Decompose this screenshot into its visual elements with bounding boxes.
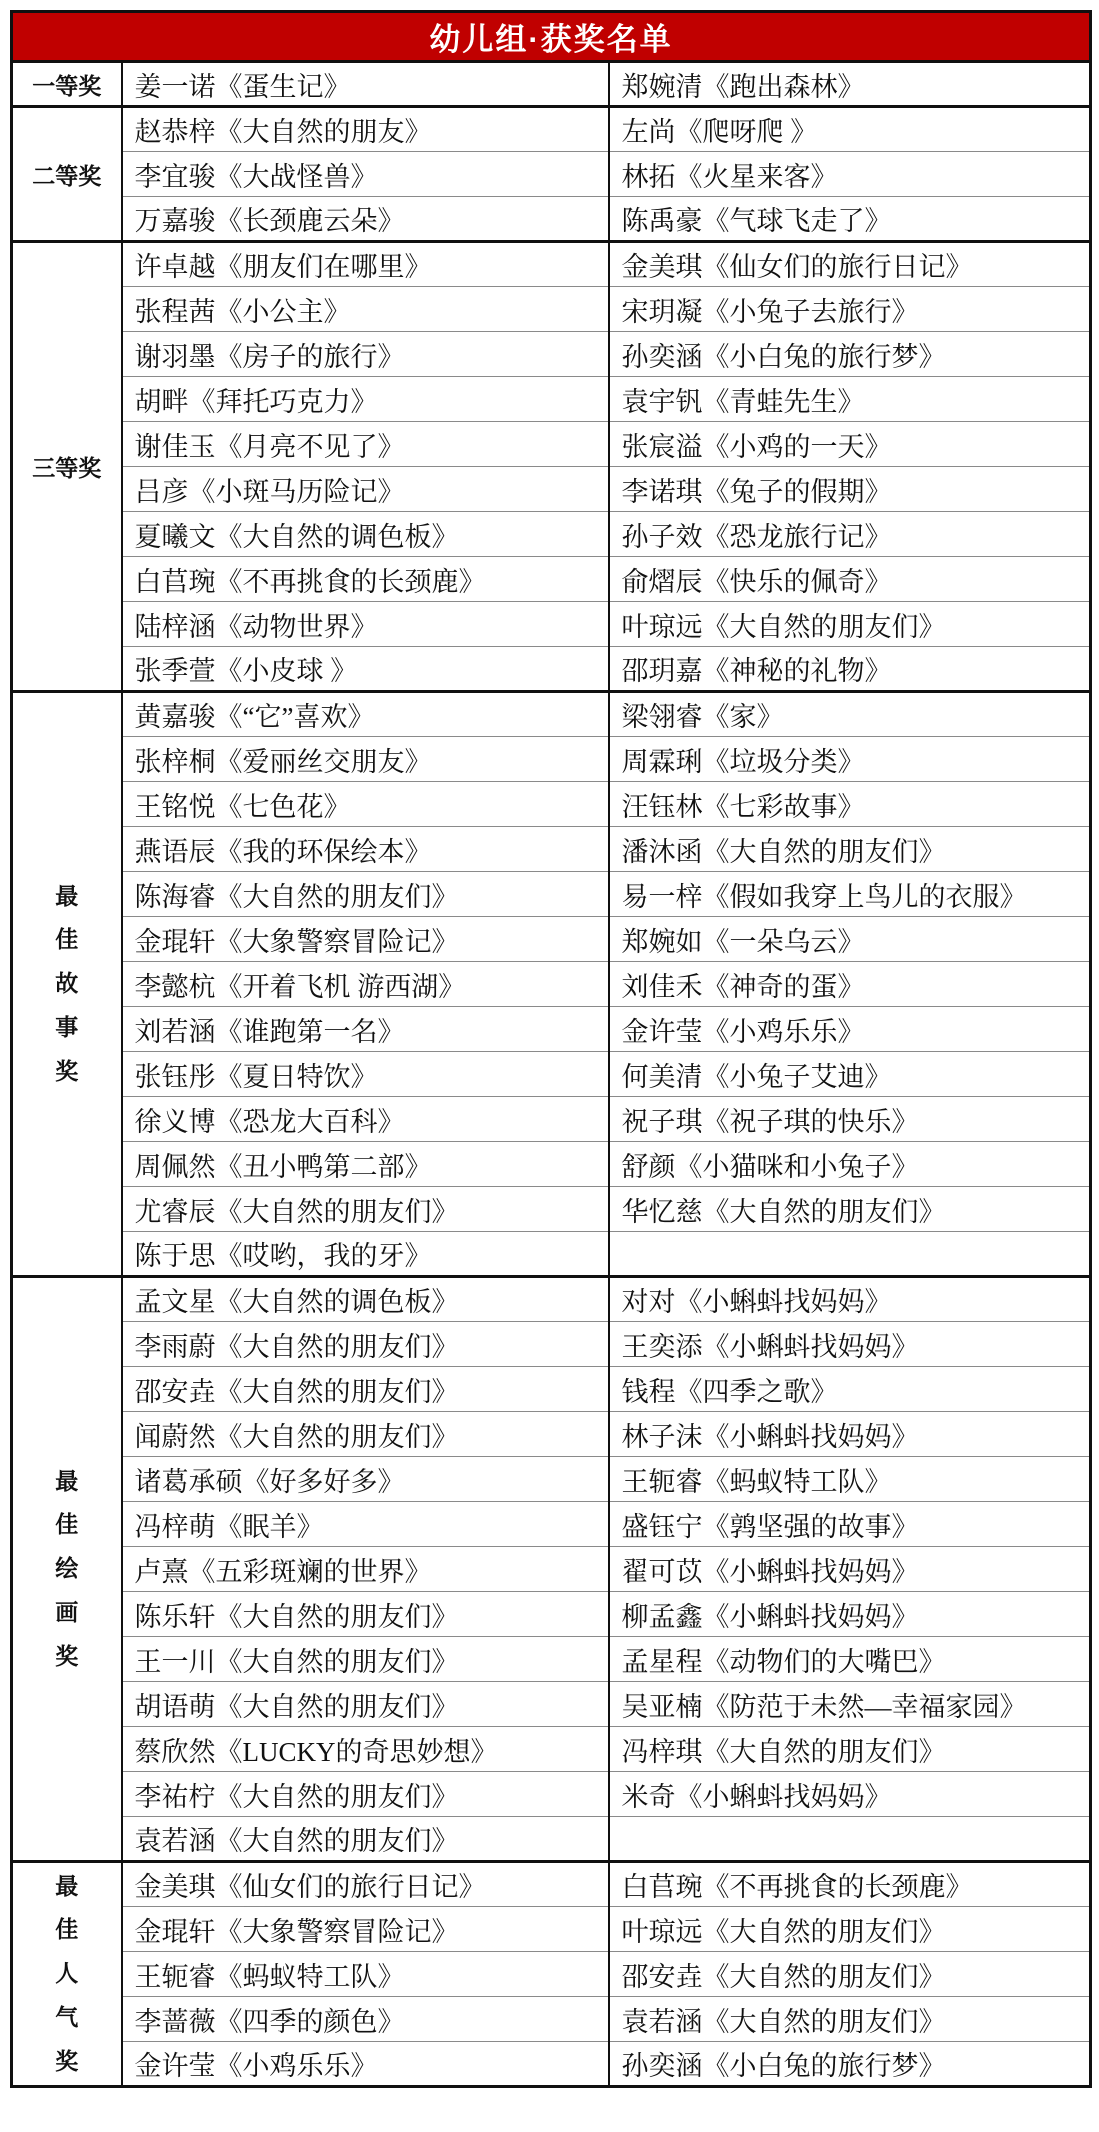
winner-entry-left: 胡语萌《大自然的朋友们》 bbox=[122, 1682, 609, 1727]
winner-entry-right: 金美琪《仙女们的旅行日记》 bbox=[609, 242, 1091, 287]
winner-entry-left: 张梓桐《爱丽丝交朋友》 bbox=[122, 737, 609, 782]
winner-entry-right: 郑婉清《跑出森林》 bbox=[609, 62, 1091, 107]
winner-entry-right: 祝子琪《祝子琪的快乐》 bbox=[609, 1097, 1091, 1142]
table-row: 李祐柠《大自然的朋友们》米奇《小蝌蚪找妈妈》 bbox=[12, 1772, 1091, 1817]
table-row: 李雨蔚《大自然的朋友们》王奕添《小蝌蚪找妈妈》 bbox=[12, 1322, 1091, 1367]
table-row: 胡语萌《大自然的朋友们》吴亚楠《防范于未然—幸福家园》 bbox=[12, 1682, 1091, 1727]
awards-table: 幼儿组·获奖名单 一等奖姜一诺《蛋生记》郑婉清《跑出森林》二等奖赵恭梓《大自然的… bbox=[10, 10, 1092, 2088]
table-row: 诸葛承硕《好多好多》王轭睿《蚂蚁特工队》 bbox=[12, 1457, 1091, 1502]
winner-entry-left: 邵安垚《大自然的朋友们》 bbox=[122, 1367, 609, 1412]
table-row: 冯梓萌《眠羊》盛钰宁《鹑坚强的故事》 bbox=[12, 1502, 1091, 1547]
award-list-page: 幼儿组·获奖名单 一等奖姜一诺《蛋生记》郑婉清《跑出森林》二等奖赵恭梓《大自然的… bbox=[0, 0, 1099, 2088]
winner-entry-left: 李雨蔚《大自然的朋友们》 bbox=[122, 1322, 609, 1367]
award-category-label: 三等奖 bbox=[12, 242, 122, 692]
table-row: 陈海睿《大自然的朋友们》易一梓《假如我穿上鸟儿的衣服》 bbox=[12, 872, 1091, 917]
winner-entry-right: 袁若涵《大自然的朋友们》 bbox=[609, 1997, 1091, 2042]
winner-entry-right: 孟星程《动物们的大嘴巴》 bbox=[609, 1637, 1091, 1682]
winner-entry-left: 袁若涵《大自然的朋友们》 bbox=[122, 1817, 609, 1862]
table-row: 王铭悦《七色花》汪钰林《七彩故事》 bbox=[12, 782, 1091, 827]
winner-entry-right: 郑婉如《一朵乌云》 bbox=[609, 917, 1091, 962]
winner-entry-left: 王轭睿《蚂蚁特工队》 bbox=[122, 1952, 609, 1997]
winner-entry-left: 赵恭梓《大自然的朋友》 bbox=[122, 107, 609, 152]
winner-entry-left: 夏曦文《大自然的调色板》 bbox=[122, 512, 609, 557]
winner-entry-left: 陈于思《哎哟，我的牙》 bbox=[122, 1232, 609, 1277]
table-row: 陈于思《哎哟，我的牙》 bbox=[12, 1232, 1091, 1277]
winner-entry-left: 王一川《大自然的朋友们》 bbox=[122, 1637, 609, 1682]
winner-entry-right: 汪钰林《七彩故事》 bbox=[609, 782, 1091, 827]
table-row: 燕语辰《我的环保绘本》潘沐函《大自然的朋友们》 bbox=[12, 827, 1091, 872]
table-row: 闻蔚然《大自然的朋友们》林子沫《小蝌蚪找妈妈》 bbox=[12, 1412, 1091, 1457]
table-row: 尤睿辰《大自然的朋友们》华忆慈《大自然的朋友们》 bbox=[12, 1187, 1091, 1232]
winner-entry-right: 袁宇钒《青蛙先生》 bbox=[609, 377, 1091, 422]
table-row: 蔡欣然《LUCKY的奇思妙想》冯梓琪《大自然的朋友们》 bbox=[12, 1727, 1091, 1772]
winner-entry-right: 吴亚楠《防范于未然—幸福家园》 bbox=[609, 1682, 1091, 1727]
table-row: 袁若涵《大自然的朋友们》 bbox=[12, 1817, 1091, 1862]
table-row: 邵安垚《大自然的朋友们》钱程《四季之歌》 bbox=[12, 1367, 1091, 1412]
table-row: 一等奖姜一诺《蛋生记》郑婉清《跑出森林》 bbox=[12, 62, 1091, 107]
award-category-label: 最 佳 人 气 奖 bbox=[12, 1862, 122, 2087]
winner-entry-left: 张程茜《小公主》 bbox=[122, 287, 609, 332]
winner-entry-left: 谢羽墨《房子的旅行》 bbox=[122, 332, 609, 377]
winner-entry-left: 黄嘉骏《“它”喜欢》 bbox=[122, 692, 609, 737]
winner-entry-right: 王轭睿《蚂蚁特工队》 bbox=[609, 1457, 1091, 1502]
winner-entry-left: 闻蔚然《大自然的朋友们》 bbox=[122, 1412, 609, 1457]
table-row: 金许莹《小鸡乐乐》孙奕涵《小白兔的旅行梦》 bbox=[12, 2042, 1091, 2087]
winner-entry-left: 胡畔《拜托巧克力》 bbox=[122, 377, 609, 422]
winner-entry-right: 米奇《小蝌蚪找妈妈》 bbox=[609, 1772, 1091, 1817]
winner-entry-left: 万嘉骏《长颈鹿云朵》 bbox=[122, 197, 609, 242]
winner-entry-left: 陆梓涵《动物世界》 bbox=[122, 602, 609, 647]
table-row: 王一川《大自然的朋友们》孟星程《动物们的大嘴巴》 bbox=[12, 1637, 1091, 1682]
winner-entry-right: 刘佳禾《神奇的蛋》 bbox=[609, 962, 1091, 1007]
table-row: 王轭睿《蚂蚁特工队》邵安垚《大自然的朋友们》 bbox=[12, 1952, 1091, 1997]
winner-entry-left: 谢佳玉《月亮不见了》 bbox=[122, 422, 609, 467]
winner-entry-right: 白苢琬《不再挑食的长颈鹿》 bbox=[609, 1862, 1091, 1907]
winner-entry-right: 李诺琪《兔子的假期》 bbox=[609, 467, 1091, 512]
winner-entry-left: 刘若涵《谁跑第一名》 bbox=[122, 1007, 609, 1052]
winner-entry-left: 张季萱《小皮球 》 bbox=[122, 647, 609, 692]
table-row: 金琨轩《大象警察冒险记》叶琼远《大自然的朋友们》 bbox=[12, 1907, 1091, 1952]
winner-entry-right: 叶琼远《大自然的朋友们》 bbox=[609, 1907, 1091, 1952]
winner-entry-left: 李祐柠《大自然的朋友们》 bbox=[122, 1772, 609, 1817]
table-row: 卢熹《五彩斑斓的世界》翟可苡《小蝌蚪找妈妈》 bbox=[12, 1547, 1091, 1592]
table-row: 最 佳 故 事 奖黄嘉骏《“它”喜欢》梁翎睿《家》 bbox=[12, 692, 1091, 737]
winner-entry-right: 翟可苡《小蝌蚪找妈妈》 bbox=[609, 1547, 1091, 1592]
winner-entry-right: 林拓《火星来客》 bbox=[609, 152, 1091, 197]
table-row: 吕彦《小斑马历险记》李诺琪《兔子的假期》 bbox=[12, 467, 1091, 512]
winner-entry-right: 易一梓《假如我穿上鸟儿的衣服》 bbox=[609, 872, 1091, 917]
winner-entry-left: 周佩然《丑小鸭第二部》 bbox=[122, 1142, 609, 1187]
table-row: 张钰彤《夏日特饮》何美清《小兔子艾迪》 bbox=[12, 1052, 1091, 1097]
winner-entry-left: 吕彦《小斑马历险记》 bbox=[122, 467, 609, 512]
winner-entry-left: 姜一诺《蛋生记》 bbox=[122, 62, 609, 107]
winner-entry-left: 冯梓萌《眠羊》 bbox=[122, 1502, 609, 1547]
winner-entry-right: 俞熠辰《快乐的佩奇》 bbox=[609, 557, 1091, 602]
table-row: 李懿杭《开着飞机 游西湖》刘佳禾《神奇的蛋》 bbox=[12, 962, 1091, 1007]
table-header-row: 幼儿组·获奖名单 bbox=[12, 12, 1091, 62]
winner-entry-left: 许卓越《朋友们在哪里》 bbox=[122, 242, 609, 287]
winner-entry-right: 柳孟鑫《小蝌蚪找妈妈》 bbox=[609, 1592, 1091, 1637]
winner-entry-right bbox=[609, 1817, 1091, 1862]
winner-entry-left: 陈乐轩《大自然的朋友们》 bbox=[122, 1592, 609, 1637]
winner-entry-right: 金许莹《小鸡乐乐》 bbox=[609, 1007, 1091, 1052]
table-row: 谢佳玉《月亮不见了》张宸溢《小鸡的一天》 bbox=[12, 422, 1091, 467]
table-row: 最 佳 绘 画 奖孟文星《大自然的调色板》对对《小蝌蚪找妈妈》 bbox=[12, 1277, 1091, 1322]
winner-entry-left: 诸葛承硕《好多好多》 bbox=[122, 1457, 609, 1502]
winner-entry-left: 孟文星《大自然的调色板》 bbox=[122, 1277, 609, 1322]
winner-entry-left: 王铭悦《七色花》 bbox=[122, 782, 609, 827]
table-row: 李蔷薇《四季的颜色》袁若涵《大自然的朋友们》 bbox=[12, 1997, 1091, 2042]
table-row: 陈乐轩《大自然的朋友们》柳孟鑫《小蝌蚪找妈妈》 bbox=[12, 1592, 1091, 1637]
winner-entry-right: 林子沫《小蝌蚪找妈妈》 bbox=[609, 1412, 1091, 1457]
winner-entry-right: 华忆慈《大自然的朋友们》 bbox=[609, 1187, 1091, 1232]
table-row: 夏曦文《大自然的调色板》孙子效《恐龙旅行记》 bbox=[12, 512, 1091, 557]
winner-entry-right: 对对《小蝌蚪找妈妈》 bbox=[609, 1277, 1091, 1322]
table-row: 徐义博《恐龙大百科》祝子琪《祝子琪的快乐》 bbox=[12, 1097, 1091, 1142]
winner-entry-left: 卢熹《五彩斑斓的世界》 bbox=[122, 1547, 609, 1592]
table-row: 金琨轩《大象警察冒险记》郑婉如《一朵乌云》 bbox=[12, 917, 1091, 962]
winner-entry-right: 冯梓琪《大自然的朋友们》 bbox=[609, 1727, 1091, 1772]
winner-entry-right: 叶琼远《大自然的朋友们》 bbox=[609, 602, 1091, 647]
winner-entry-right: 孙奕涵《小白兔的旅行梦》 bbox=[609, 2042, 1091, 2087]
winner-entry-left: 金美琪《仙女们的旅行日记》 bbox=[122, 1862, 609, 1907]
winner-entry-left: 李懿杭《开着飞机 游西湖》 bbox=[122, 962, 609, 1007]
winner-entry-left: 燕语辰《我的环保绘本》 bbox=[122, 827, 609, 872]
winner-entry-left: 金琨轩《大象警察冒险记》 bbox=[122, 917, 609, 962]
winner-entry-left: 尤睿辰《大自然的朋友们》 bbox=[122, 1187, 609, 1232]
table-row: 三等奖许卓越《朋友们在哪里》金美琪《仙女们的旅行日记》 bbox=[12, 242, 1091, 287]
winner-entry-right bbox=[609, 1232, 1091, 1277]
table-row: 刘若涵《谁跑第一名》金许莹《小鸡乐乐》 bbox=[12, 1007, 1091, 1052]
award-category-label: 最 佳 故 事 奖 bbox=[12, 692, 122, 1277]
winner-entry-left: 金许莹《小鸡乐乐》 bbox=[122, 2042, 609, 2087]
table-row: 白苢琬《不再挑食的长颈鹿》俞熠辰《快乐的佩奇》 bbox=[12, 557, 1091, 602]
table-row: 二等奖赵恭梓《大自然的朋友》左尚《爬呀爬 》 bbox=[12, 107, 1091, 152]
winner-entry-right: 宋玥凝《小兔子去旅行》 bbox=[609, 287, 1091, 332]
winner-entry-left: 陈海睿《大自然的朋友们》 bbox=[122, 872, 609, 917]
page-title: 幼儿组·获奖名单 bbox=[12, 12, 1091, 62]
winner-entry-right: 王奕添《小蝌蚪找妈妈》 bbox=[609, 1322, 1091, 1367]
table-row: 最 佳 人 气 奖金美琪《仙女们的旅行日记》白苢琬《不再挑食的长颈鹿》 bbox=[12, 1862, 1091, 1907]
winner-entry-right: 孙奕涵《小白兔的旅行梦》 bbox=[609, 332, 1091, 377]
table-row: 张季萱《小皮球 》邵玥嘉《神秘的礼物》 bbox=[12, 647, 1091, 692]
awards-table-body: 一等奖姜一诺《蛋生记》郑婉清《跑出森林》二等奖赵恭梓《大自然的朋友》左尚《爬呀爬… bbox=[12, 62, 1091, 2087]
table-row: 李宜骏《大战怪兽》林拓《火星来客》 bbox=[12, 152, 1091, 197]
winner-entry-left: 白苢琬《不再挑食的长颈鹿》 bbox=[122, 557, 609, 602]
award-category-label: 一等奖 bbox=[12, 62, 122, 107]
winner-entry-right: 舒颜《小猫咪和小兔子》 bbox=[609, 1142, 1091, 1187]
winner-entry-left: 张钰彤《夏日特饮》 bbox=[122, 1052, 609, 1097]
winner-entry-right: 左尚《爬呀爬 》 bbox=[609, 107, 1091, 152]
award-category-label: 最 佳 绘 画 奖 bbox=[12, 1277, 122, 1862]
winner-entry-right: 何美清《小兔子艾迪》 bbox=[609, 1052, 1091, 1097]
winner-entry-right: 邵玥嘉《神秘的礼物》 bbox=[609, 647, 1091, 692]
winner-entry-left: 李宜骏《大战怪兽》 bbox=[122, 152, 609, 197]
table-row: 胡畔《拜托巧克力》袁宇钒《青蛙先生》 bbox=[12, 377, 1091, 422]
table-row: 陆梓涵《动物世界》叶琼远《大自然的朋友们》 bbox=[12, 602, 1091, 647]
winner-entry-right: 盛钰宁《鹑坚强的故事》 bbox=[609, 1502, 1091, 1547]
winner-entry-right: 钱程《四季之歌》 bbox=[609, 1367, 1091, 1412]
table-row: 周佩然《丑小鸭第二部》舒颜《小猫咪和小兔子》 bbox=[12, 1142, 1091, 1187]
winner-entry-right: 梁翎睿《家》 bbox=[609, 692, 1091, 737]
winner-entry-right: 潘沐函《大自然的朋友们》 bbox=[609, 827, 1091, 872]
winner-entry-right: 邵安垚《大自然的朋友们》 bbox=[609, 1952, 1091, 1997]
winner-entry-left: 徐义博《恐龙大百科》 bbox=[122, 1097, 609, 1142]
winner-entry-left: 金琨轩《大象警察冒险记》 bbox=[122, 1907, 609, 1952]
table-row: 张程茜《小公主》宋玥凝《小兔子去旅行》 bbox=[12, 287, 1091, 332]
table-row: 谢羽墨《房子的旅行》孙奕涵《小白兔的旅行梦》 bbox=[12, 332, 1091, 377]
table-row: 万嘉骏《长颈鹿云朵》陈禹豪《气球飞走了》 bbox=[12, 197, 1091, 242]
award-category-label: 二等奖 bbox=[12, 107, 122, 242]
winner-entry-left: 蔡欣然《LUCKY的奇思妙想》 bbox=[122, 1727, 609, 1772]
winner-entry-right: 张宸溢《小鸡的一天》 bbox=[609, 422, 1091, 467]
winner-entry-right: 陈禹豪《气球飞走了》 bbox=[609, 197, 1091, 242]
winner-entry-right: 周霖琍《垃圾分类》 bbox=[609, 737, 1091, 782]
winner-entry-left: 李蔷薇《四季的颜色》 bbox=[122, 1997, 609, 2042]
table-row: 张梓桐《爱丽丝交朋友》周霖琍《垃圾分类》 bbox=[12, 737, 1091, 782]
winner-entry-right: 孙子效《恐龙旅行记》 bbox=[609, 512, 1091, 557]
